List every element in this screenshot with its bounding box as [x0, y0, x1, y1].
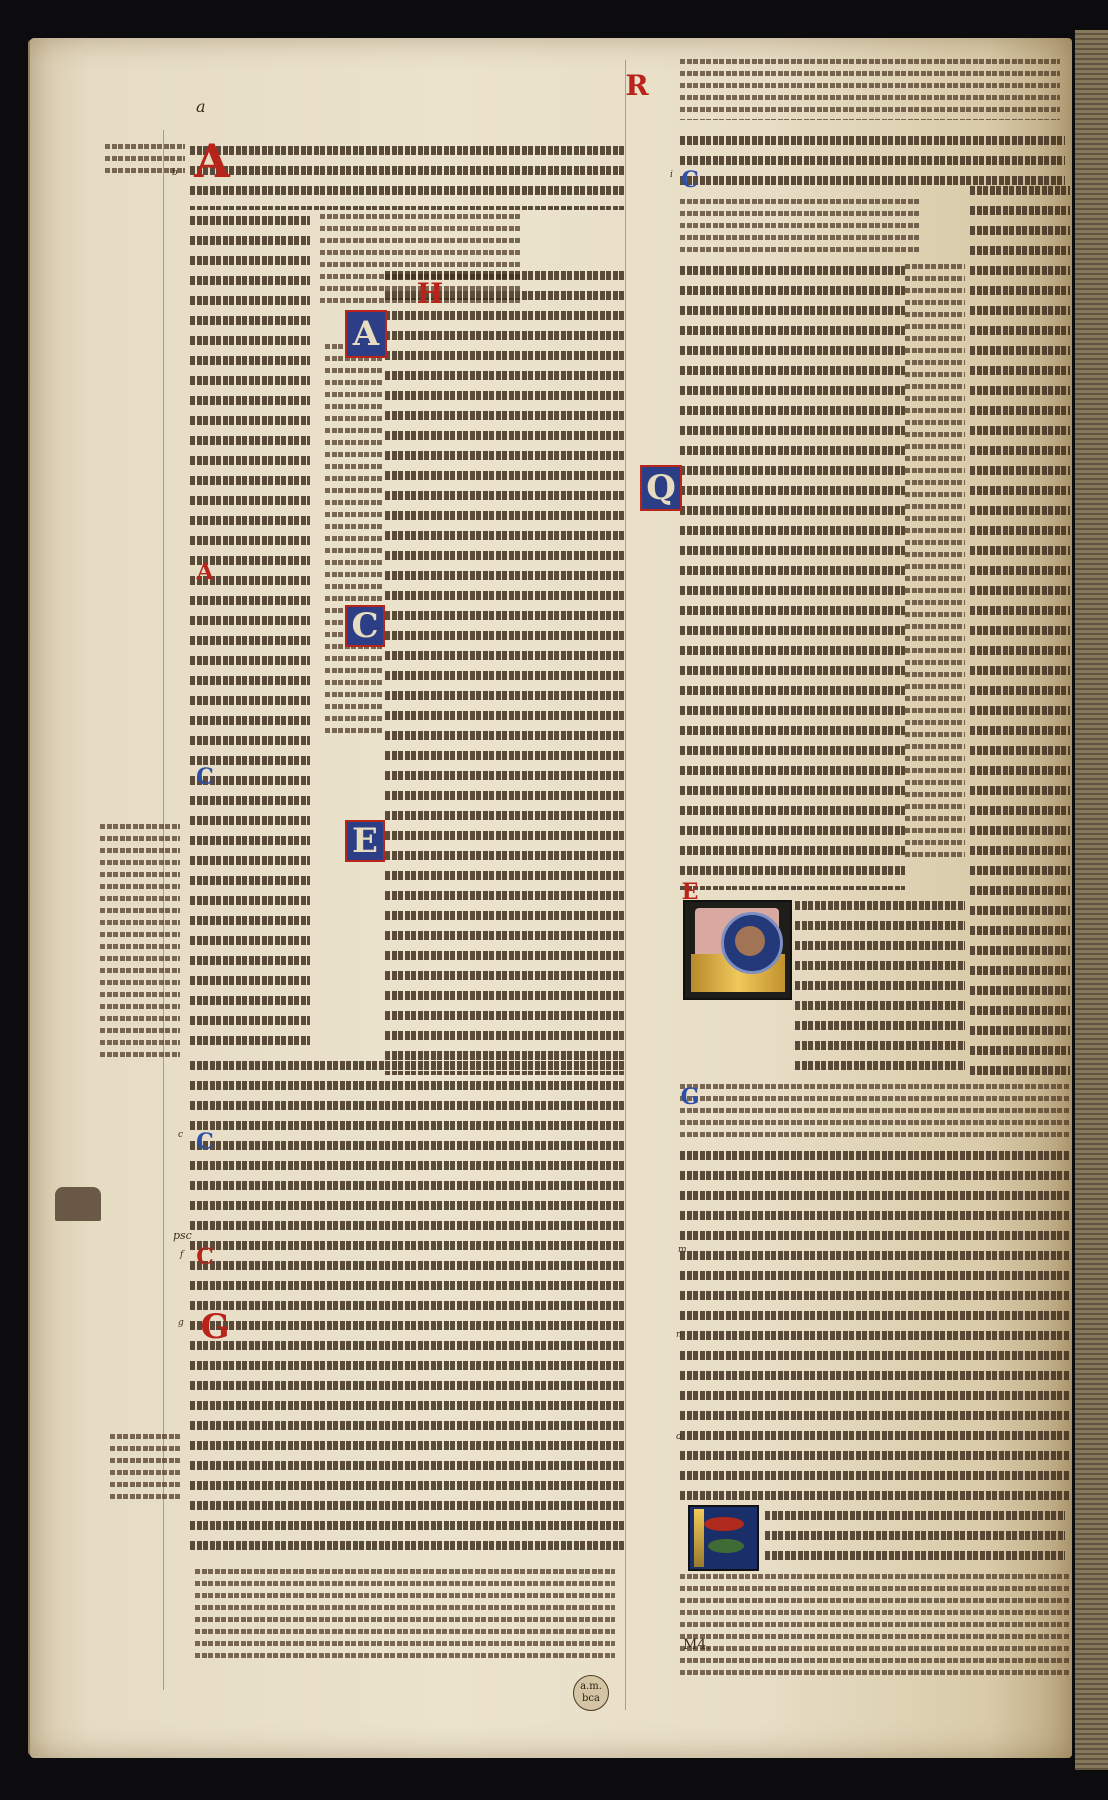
column2-text-beside-initial	[795, 895, 965, 1075]
initial-gloss-c2: C	[195, 1130, 215, 1154]
initial-gloss-a: A	[195, 560, 215, 584]
margin-letter-b: b	[172, 168, 178, 178]
initial-r-red: R	[622, 70, 652, 100]
historiated-initial-p-face	[683, 900, 792, 1000]
initial-gloss-c3: C	[195, 1245, 215, 1269]
ruling-line-center	[625, 60, 626, 1710]
column1-main-text	[385, 265, 625, 1075]
column2-text-beside-initial2	[765, 1505, 1065, 1565]
column1-main-text-narrow	[190, 210, 310, 1050]
column1-footer-gloss	[195, 1565, 615, 1665]
column2-outer-text	[970, 180, 1070, 1080]
folio-line-2: bca	[574, 1693, 608, 1705]
initial-a-red: A	[190, 135, 234, 187]
margin-notes-left	[100, 820, 180, 1060]
initial-q-blue: Q	[640, 465, 682, 511]
column2-gloss-mid	[680, 1080, 1070, 1140]
column1-inner-gloss	[325, 340, 383, 740]
margin-letter-f: f	[180, 1250, 183, 1260]
column2-inner-gloss	[905, 260, 965, 860]
initial-c-blue: C	[345, 605, 385, 647]
face-portrait-icon	[735, 926, 765, 956]
margin-letter-a: a	[196, 102, 206, 112]
page-tab-marker	[55, 1187, 101, 1221]
initial-g-red: G	[200, 1310, 230, 1344]
margin-letter-i: i	[670, 170, 673, 180]
folio-line-1: a.m.	[574, 1681, 608, 1693]
initial-g-blue-small: G	[680, 1085, 700, 1109]
column2-header-gloss	[680, 55, 1060, 120]
margin-letter-o: o	[676, 1432, 681, 1442]
column1-lower-text	[190, 1055, 625, 1555]
column1-opening-text	[190, 140, 625, 210]
illuminated-initial-p-foliage	[688, 1505, 759, 1571]
column2-main-text	[680, 260, 905, 890]
initial-gloss-c: C	[195, 765, 215, 789]
margin-letter-n: n	[676, 1330, 682, 1340]
margin-letter-c: c	[178, 1130, 183, 1140]
margin-letter-m: m	[678, 1245, 687, 1255]
initial-h-red: H	[418, 278, 442, 308]
section-mark: M4.	[683, 1640, 711, 1650]
column2-footer-gloss	[680, 1570, 1070, 1680]
margin-letter-g: g	[178, 1318, 184, 1328]
folio-number-stamp: a.m. bca	[573, 1675, 609, 1711]
margin-note-left-lower	[110, 1430, 180, 1500]
initial-a-blue: A	[345, 310, 387, 358]
margin-psc: psc	[173, 1231, 192, 1241]
column2-lower-text	[680, 1145, 1070, 1500]
initial-c-blue-col2: C	[680, 168, 700, 192]
initial-e-blue: E	[345, 820, 385, 862]
column2-gloss	[680, 195, 920, 255]
facing-page-edge	[1075, 30, 1108, 1770]
